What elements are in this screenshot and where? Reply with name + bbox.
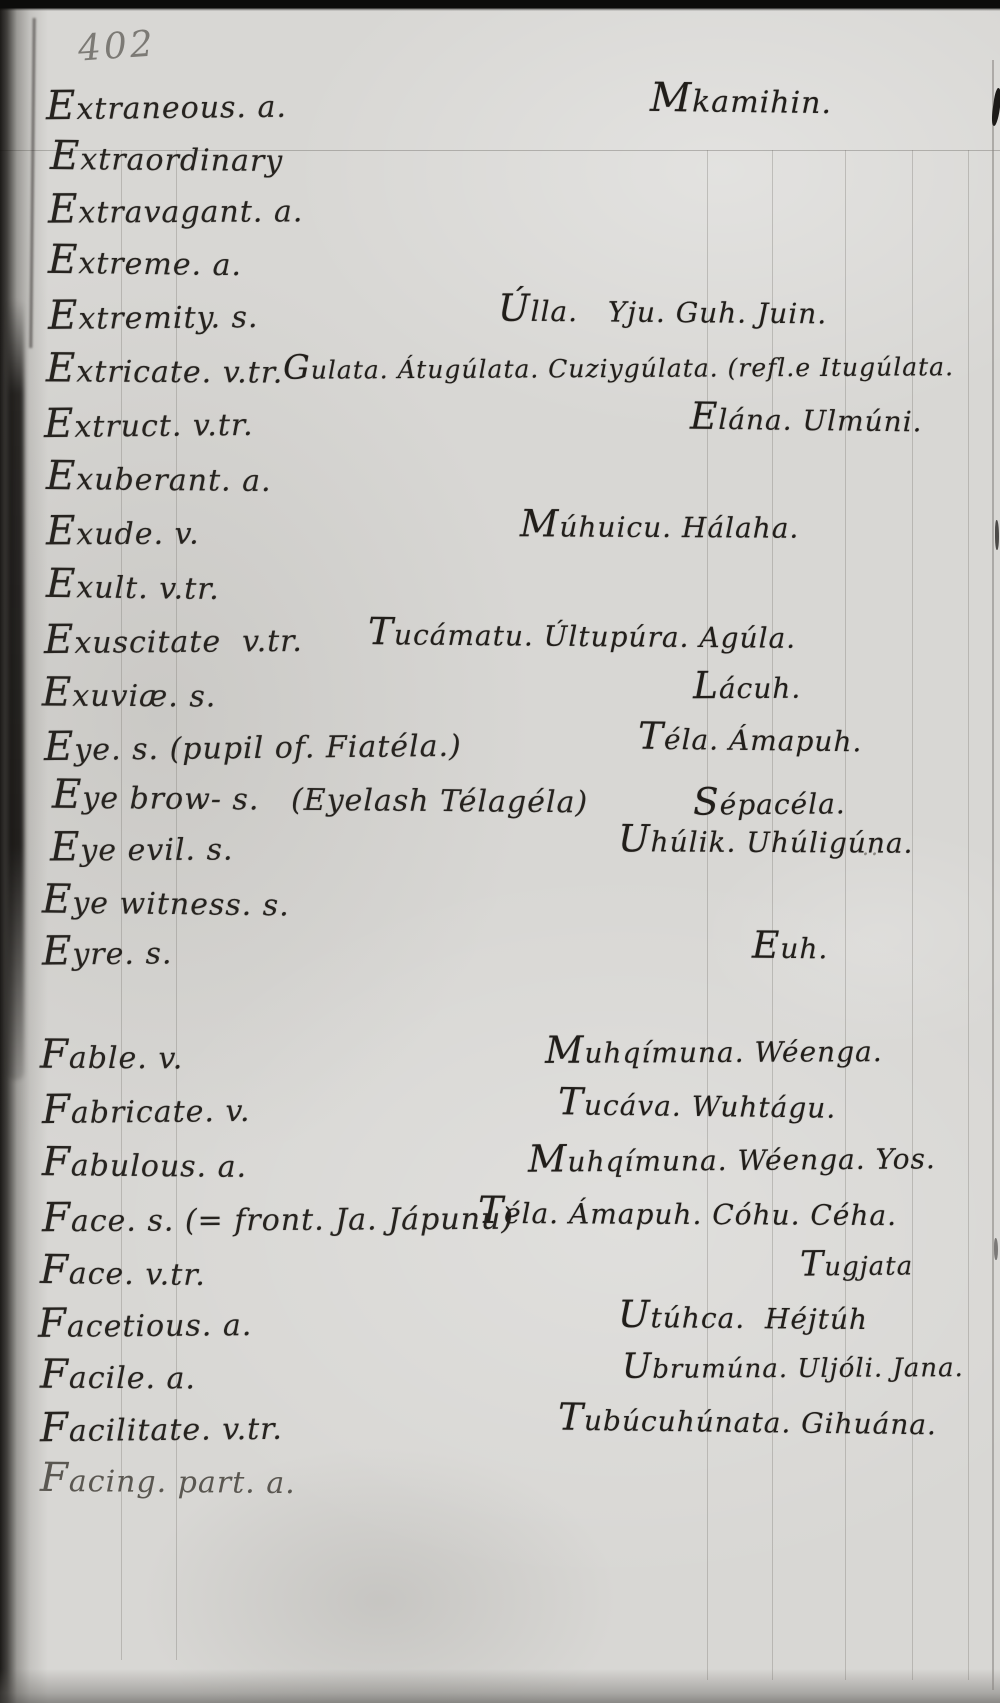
entry-term: Eye. s. (pupil of. Fiatéla.) [44,722,462,769]
entry-translation: Téla. Ámapuh. [638,717,863,759]
ink-blot [995,520,999,550]
entry-term: Facile. a. [40,1354,196,1397]
entry-term: Eye brow- s. (Eyelash Télagéla) [52,774,589,821]
entry-translation: Tucámatu. Últupúra. Agúla. [368,612,796,655]
entry-term: Extraneous. a. [46,83,287,128]
entry-term: Facing. part. a. [40,1457,296,1501]
entry-term: Fabricate. v. [42,1087,251,1131]
entry-translation: Gulata. Átugúlata. Cuziygúlata. (refl.e … [283,346,954,385]
entry-term: Face. v.tr. [40,1249,206,1293]
entry-translation: Lácuh. [693,666,801,706]
entry-translation: Elána. Ulmúni. [690,397,923,439]
entry-term: Extravagant. a. [48,187,304,231]
ink-blot [994,1238,998,1260]
manuscript-page: 402 Extraneous. a. Mkamihin. Extraordina… [0,0,1000,1703]
entry-term: Exult. v.tr. [46,563,220,607]
entry-term: Fabulous. a. [42,1141,248,1185]
photo-edge-top [0,0,1000,11]
entry-translation: Úlla. Yju. Guh. Juin. [498,289,828,331]
page-edge-right [992,60,994,1690]
entry-translation: Tubúcuhúnata. Gihuána. [558,1398,937,1442]
entry-translation: Múhuicu. Hálaha. [520,504,800,545]
entry-term: Eye witness. s. [42,878,290,923]
entry-term: Exuscitate v.tr. [44,617,303,661]
entry-translation: Sépacéla. [693,781,846,822]
entry-translation: Téla. Ámapuh. Cóhu. Céha. [478,1191,897,1233]
entry-term: Extricate. v.tr. [46,347,284,390]
entry-translation: Ubrumúna. Uljóli. Jana. [622,1347,964,1385]
entry-term: Extreme. a. [48,239,243,284]
ruled-line-vertical [968,150,969,1680]
entry-translation: Utúhca. Héjtúh [618,1295,868,1337]
entry-term: Fable. v. [40,1034,184,1077]
entry-term: Extremity. s. [48,293,259,337]
entry-translation: Mkamihin. [650,77,833,121]
entry-term: Exuberant. a. [46,455,272,499]
entry-term: Face. s. (= front. Ja. Jápunu) [42,1195,514,1240]
page-number: 402 [77,23,157,69]
entry-term: Extruct. v.tr. [44,401,254,445]
entry-term: Eyre. s. [42,929,173,972]
entry-translation: Muhqímuna. Wéenga. [545,1029,883,1070]
entry-translation: Muhqímuna. Wéenga. Yos. [528,1136,936,1179]
entry-term: Exuviæ. s. [42,672,217,715]
entry-term: Extraordinary [50,135,284,179]
entry-term: Exude. v. [46,510,200,553]
binding-streak [7,300,24,1080]
entry-term: Facilitate. v.tr. [40,1405,283,1450]
entry-translation: Euh. [752,926,829,966]
photo-edge-bottom [0,1669,1000,1703]
entry-term: Facetious. a. [38,1301,253,1345]
stray-marks: .. [862,836,880,861]
entry-translation: Tucáva. Wuhtágu. [558,1082,837,1125]
entry-term: Eye evil. s. [50,826,234,869]
entry-translation: Tugjata [800,1245,914,1283]
